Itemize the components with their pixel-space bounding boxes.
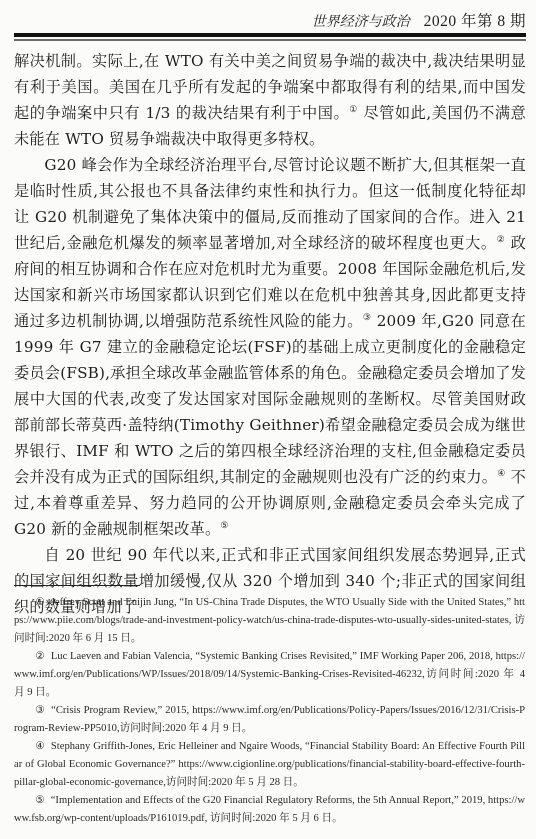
footnote-ref-2[interactable]: ② xyxy=(497,235,506,245)
issue-number: 2020 年第 8 期 xyxy=(424,12,526,32)
footnote-1: ①Jeffrey Scott and Euijin Jung, “In US-C… xyxy=(14,594,525,648)
running-header: 世界经济与政治 2020 年第 8 期 xyxy=(14,6,526,32)
footnote-5: ⑤“Implementation and Effects of the G20 … xyxy=(14,792,525,828)
footnote-text: Luc Laeven and Fabian Valencia, “Systemi… xyxy=(14,651,525,698)
footnote-mark: ④ xyxy=(35,741,45,752)
header-rule-thick xyxy=(14,33,526,37)
header-rule-thin xyxy=(14,39,526,41)
paragraph-text: G20 峰会作为全球经济治理平台,尽管讨论议题不断扩大,但其框架一直是临时性质,… xyxy=(14,156,526,252)
paragraph-text: 2009 年,G20 同意在 1999 年 G7 建立的金融稳定论坛(FSF)的… xyxy=(14,312,526,486)
footnote-4: ④Stephany Griffith-Jones, Eric Helleiner… xyxy=(14,738,525,792)
footnote-mark: ② xyxy=(35,651,45,662)
footnote-mark: ① xyxy=(35,597,45,608)
footnotes: ①Jeffrey Scott and Euijin Jung, “In US-C… xyxy=(14,594,525,828)
paragraph-2: G20 峰会作为全球经济治理平台,尽管讨论议题不断扩大,但其框架一直是临时性质,… xyxy=(14,152,526,542)
footnote-text: Stephany Griffith-Jones, Eric Helleiner … xyxy=(14,741,525,788)
footnote-3: ③“Crisis Program Review,” 2015, https://… xyxy=(14,702,525,738)
journal-name: 世界经济与政治 xyxy=(312,12,410,32)
footnote-text: Jeffrey Scott and Euijin Jung, “In US-Ch… xyxy=(14,597,525,644)
footnote-ref-5[interactable]: ⑤ xyxy=(220,521,228,531)
paragraph-1: 解决机制。实际上,在 WTO 有关中美之间贸易争端的裁决中,裁决结果明显有利于美… xyxy=(14,48,526,152)
footnote-separator xyxy=(14,585,140,586)
footnote-2: ②Luc Laeven and Fabian Valencia, “System… xyxy=(14,648,525,702)
footnote-text: “Implementation and Effects of the G20 F… xyxy=(14,795,525,824)
footnote-ref-1[interactable]: ① xyxy=(349,105,358,115)
body-text: 解决机制。实际上,在 WTO 有关中美之间贸易争端的裁决中,裁决结果明显有利于美… xyxy=(14,48,526,620)
footnote-mark: ③ xyxy=(35,705,45,716)
footnote-mark: ⑤ xyxy=(35,795,45,806)
footnote-ref-4[interactable]: ④ xyxy=(497,469,505,479)
footnote-text: “Crisis Program Review,” 2015, https://w… xyxy=(14,705,525,734)
